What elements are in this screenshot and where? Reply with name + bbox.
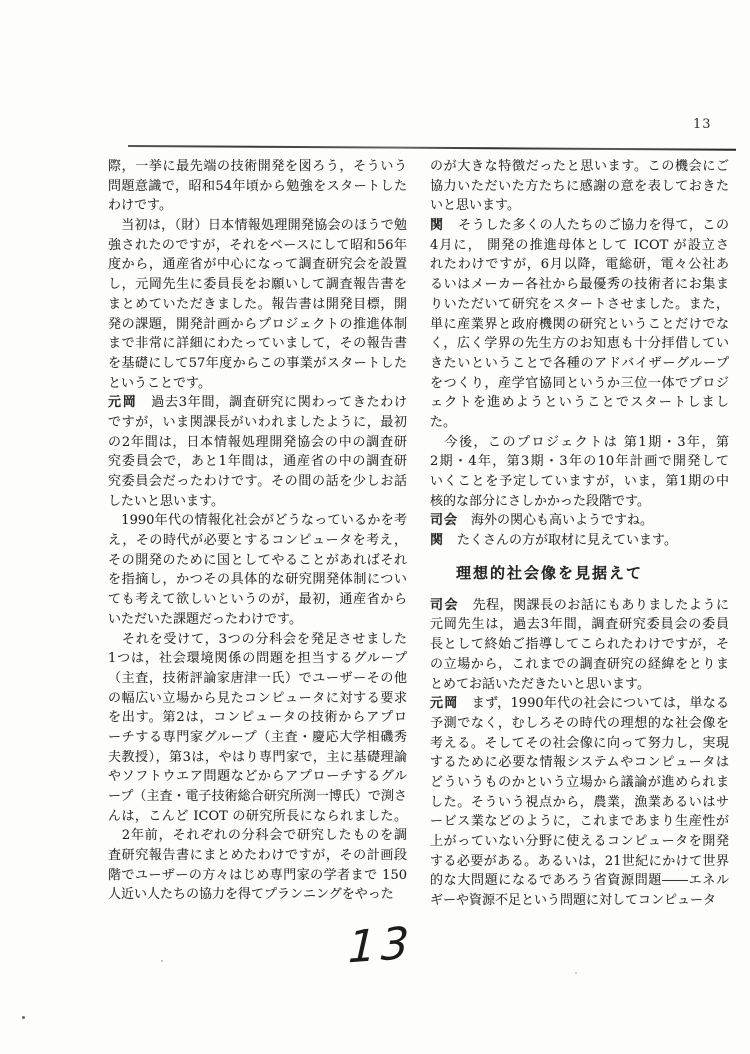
text-line: をつくり，産学官協同というか三位一体でプロジ [430, 374, 729, 394]
text-line: 究委員会で，あと1年間は，通産省の中の調査研 [108, 452, 407, 472]
text-line: 当初は，（財）日本情報処理開発協会のほうで勉 [108, 216, 407, 236]
text-line: 強されたのですが，それをベースにして昭和56年 [108, 236, 407, 256]
speaker-label: 元岡 [430, 696, 459, 711]
header-rule [128, 145, 736, 151]
text-line: 際，一挙に最先端の技術開発を図ろう，そういう [108, 157, 407, 177]
text-line: るいはメーカー各社から最優秀の技術者にお集ま [430, 275, 729, 295]
text-line: く，広く学界の先生方のお知恵も十分拝借してい [430, 334, 729, 354]
text-line: その開発のために国としてやることがあればそれ [108, 551, 407, 571]
text-line: 問題意識で，昭和54年頃から勉強をスタートした [108, 177, 407, 197]
text-line: ですが，いま関課長がいわれましたように，最初 [108, 413, 407, 433]
text-line: ェクトを進めようということでスタートしまし [430, 393, 729, 413]
text-line: 度から，通産省が中心になって調査研究会を設置 [108, 255, 407, 275]
text-line: んは，こんど ICOT の研究所長になられました。 [108, 807, 407, 827]
text-line: 協力いただいた方たちに感謝の意を表しておきた [430, 177, 729, 197]
text-line: する必要がある。あるいは，21世紀にかけて世界 [430, 852, 729, 872]
scan-speck [161, 960, 163, 962]
speaker-label: 関 [430, 533, 444, 548]
speaker-label: 関 [430, 218, 445, 233]
text-line: （主査，技術評論家唐津一氏）でユーザーその他 [108, 669, 407, 689]
text-line: するために必要な情報システムやコンピュータは [430, 753, 729, 773]
text-line: 人近い人たちの協力を得てプランニングをやった [108, 885, 407, 905]
speaker-label: 元岡 [108, 395, 138, 410]
speaker-label: 司会 [430, 513, 458, 528]
text-line: 夫教授），第3は，やはり専門家で，主に基礎理論 [108, 748, 407, 768]
handwritten-page-number: 13 [347, 918, 415, 974]
text-line: とめてお話いただきたいと思います。 [430, 675, 729, 695]
text-line: 今後，このプロジェクトは 第1期・3年，第 [430, 433, 729, 453]
text-line: ービス業などのように，これまであまり生産性が [430, 812, 729, 832]
text-line: 核的な部分にさしかかった段階です。 [430, 492, 729, 512]
text-line: を出す。第2は，コンピュータの技術からアプロ [108, 708, 407, 728]
text-line: まで非常に詳細にわたっていまして，その報告書 [108, 334, 407, 354]
text-line: し，元岡先生に委員長をお願いして調査報告書を [108, 275, 407, 295]
text-line: まとめていただきました。報告書は開発目標，開 [108, 295, 407, 315]
text-line: 4月に， 開発の推進母体として ICOT が設立さ [430, 236, 729, 256]
text-line: 元岡先生は，過去3年間，調査研究委員会の委員 [430, 615, 729, 635]
text-line: を指摘し，かつその具体的な研究開発体制につい [108, 570, 407, 590]
text-line: ても考えて欲しいというのが，最初，通産省から [108, 590, 407, 610]
text-line: 1990年代の情報化社会がどうなっているかを考 [108, 511, 407, 531]
text-line: 階でユーザーの方々はじめ専門家の学者まで 150 [108, 866, 407, 886]
text-line: 元岡 過去3年間，調査研究に関わってきたわけ [108, 393, 407, 413]
text-line: したいと思います。 [108, 492, 407, 512]
text-line: いくことを予定していますが，いま，第1期の中 [430, 472, 729, 492]
text-line: のが大きな特徴だったと思います。この機会にご [430, 157, 729, 177]
text-line: ーチする専門家グループ（主査・慶応大学相磯秀 [108, 728, 407, 748]
text-line: 2期・4年，第3期・3年の10年計画で開発して [430, 452, 729, 472]
text-line: 関 たくさんの方が取材に見えています。 [430, 531, 729, 551]
text-line: 単に産業界と政府機関の研究ということだけでな [430, 315, 729, 335]
scan-speck [22, 1016, 25, 1019]
text-line: わけです。 [108, 196, 407, 216]
text-line: いと思います。 [430, 196, 729, 216]
text-line: 2年前，それぞれの分科会で研究したものを調 [108, 826, 407, 846]
text-line: の幅広い立場から見たコンピュータに対する要求 [108, 689, 407, 709]
text-line: 上がっていない分野に使えるコンピュータを開発 [430, 832, 729, 852]
text-line: どういうものかという立場から議論が進められま [430, 773, 729, 793]
text-line: ギーや資源不足という問題に対してコンピュータ [430, 891, 729, 911]
text-line: りいただいて研究をスタートさせました。また， [430, 295, 729, 315]
text-line: 長として終始ご指導してこられたわけですが，そ [430, 635, 729, 655]
scanned-document-page: 13 際，一挙に最先端の技術開発を図ろう，そういう問題意識で，昭和54年頃から勉… [0, 0, 750, 1054]
text-line: の立場から，これまでの調査研究の経緯をとりま [430, 655, 729, 675]
text-line: 関 そうした多くの人たちのご協力を得て，この [430, 216, 729, 236]
text-line: 的な大問題になるであろう省資源問題――エネル [430, 871, 729, 891]
text-line: 元岡 まず，1990年代の社会については，単なる [430, 694, 729, 714]
text-line: それを受けて，3つの分科会を発足させました [108, 630, 407, 650]
text-line: 発の課題，開発計画からプロジェクトの推進体制 [108, 315, 407, 335]
column-right: のが大きな特徴だったと思います。この機会にご協力いただいた方たちに感謝の意を表し… [430, 157, 729, 911]
text-line: ということです。 [108, 374, 407, 394]
text-line: 究委員会だったわけです。その間の話を少しお話 [108, 472, 407, 492]
text-line: やソフトウエア問題などからアプローチするグル [108, 767, 407, 787]
scan-speck [575, 972, 577, 974]
text-line: 1つは，社会環境関係の問題を担当するグループ [108, 649, 407, 669]
text-line: 予測でなく，むしろその時代の理想的な社会像を [430, 714, 729, 734]
text-line: 査研究報告書にまとめたわけですが，その計画段 [108, 846, 407, 866]
text-line: ープ（主査・電子技術総合研究所渕一博氏）で渕さ [108, 787, 407, 807]
text-line: を基礎にして57年度からこの事業がスタートした [108, 354, 407, 374]
text-line: きたいということで各種のアドバイザーグループ [430, 354, 729, 374]
speaker-label: 司会 [430, 598, 459, 613]
section-heading: 理想的社会像を見据えて [430, 562, 729, 584]
text-line: 司会 先程，関課長のお話にもありましたように [430, 596, 729, 616]
text-line: れたわけですが，6月以降，電総研，電々公社あ [430, 255, 729, 275]
column-left: 際，一挙に最先端の技術開発を図ろう，そういう問題意識で，昭和54年頃から勉強をス… [108, 157, 407, 905]
text-line: いただいた課題だったわけです。 [108, 610, 407, 630]
text-line: 司会 海外の関心も高いようですね。 [430, 511, 729, 531]
text-line: の2年間は，日本情報処理開発協会の中の調査研 [108, 433, 407, 453]
page-number: 13 [693, 117, 712, 132]
text-line: た。 [430, 413, 729, 433]
text-line: 考える。そしてその社会像に向って努力し，実現 [430, 734, 729, 754]
text-line: した。そういう視点から，農業，漁業あるいはサ [430, 793, 729, 813]
text-line: え，その時代が必要とするコンピュータを考え， [108, 531, 407, 551]
